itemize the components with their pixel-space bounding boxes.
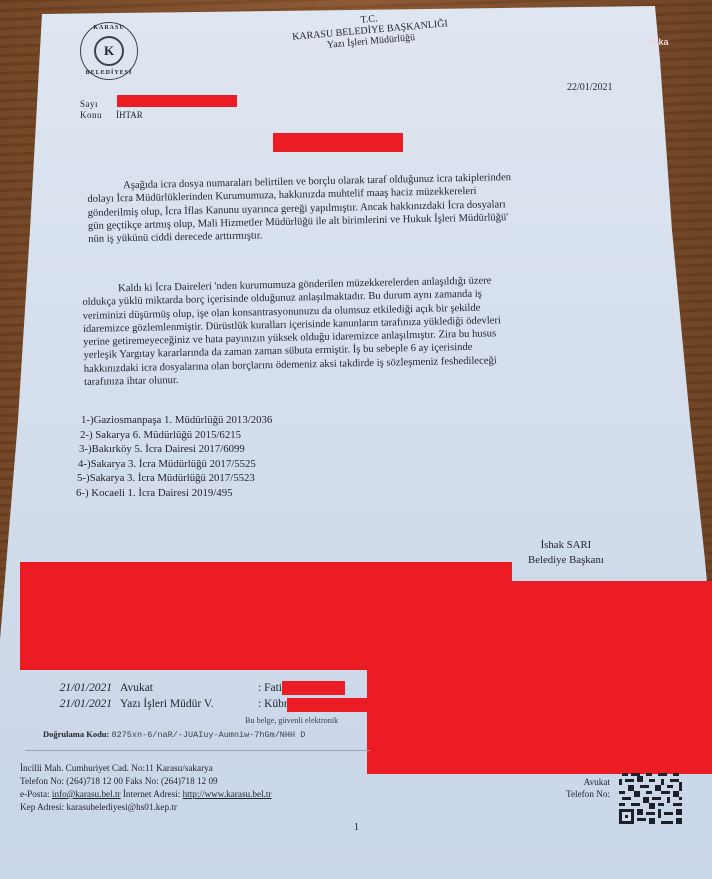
approval-row: 21/01/2021Yazı İşleri Müdür V.: Kübra [30,696,293,712]
konu-label: Konu [80,110,116,121]
esign-note: Bu belge, güvenli elektronik [245,716,338,725]
page-number: 1 [354,822,359,833]
logo-bottom-text: BELEDİYESİ [81,70,137,76]
signatory-name: İshak SARI [528,538,604,553]
document-date: 22/01/2021 [567,82,613,93]
list-item: 6-) Kocaeli 1. İcra Dairesi 2019/495 [76,486,272,501]
list-item: 5-)Sakarya 3. İcra Müdürlüğü 2017/5523 [76,471,272,486]
redaction-block-right [512,581,712,670]
footer-divider [25,750,370,751]
sayi-label: Sayı [80,99,116,110]
municipality-logo: KARASU K BELEDİYESİ [80,22,138,80]
list-item: 3-)Bakırköy 5. İcra Dairesi 2017/6099 [76,442,272,457]
list-item: 4-)Sakarya 3. İcra Müdürlüğü 2017/5525 [76,457,272,472]
verification-code: Doğrulama Kodu: 8275xn-6/naR/-JUAIuy-Aum… [43,729,305,740]
approval-row: 21/01/2021Avukat: Fatih [30,680,293,696]
footer-phone: Telefon No: (264)718 12 00 Faks No: (264… [20,775,272,788]
redaction-block-left [20,562,512,670]
list-item: 2-) Sakarya 6. Müdürlüğü 2015/6215 [76,428,272,443]
footer-contact: İncilli Mah. Cumhuriyet Cad. No:11 Karas… [20,762,272,814]
footer-address: İncilli Mah. Cumhuriyet Cad. No:11 Karas… [20,762,272,775]
approval-list: 21/01/2021Avukat: Fatih 21/01/2021Yazı İ… [30,680,293,712]
email-link[interactable]: info@karasu.bel.tr [52,789,121,799]
watermark: anka [648,37,669,47]
verification-label: Doğrulama Kodu: [43,729,109,739]
redaction-recipient [273,133,403,152]
signatory-title: Belediye Başkanı [528,553,604,568]
logo-top-text: KARASU [81,25,137,31]
redaction-mudur-name [287,698,367,712]
footer-right: Avukat Telefon No: [545,776,610,800]
redaction-block-lower-right [367,668,712,774]
verification-value: 8275xn-6/naR/-JUAIuy-Aumniw-7hGm/NHH D [111,730,305,740]
signature-block: İshak SARI Belediye Başkanı [528,538,604,568]
logo-emblem-icon: K [94,36,124,66]
list-item: 1-)Gaziosmanpaşa 1. Müdürlüğü 2013/2036 [76,413,272,428]
redaction-sayi [117,95,237,107]
website-link[interactable]: http://www.karasu.bel.tr [183,789,272,799]
konu-value: İHTAR [116,110,143,120]
case-list: 1-)Gaziosmanpaşa 1. Müdürlüğü 2013/2036 … [76,413,272,501]
footer-kep: Kep Adresi: karasubelediyesi@hs01.kep.tr [20,801,272,814]
paragraph-1: Aşağıda icra dosya numaraları belirtilen… [87,169,620,247]
redaction-avukat-name [282,681,345,695]
paragraph-2: Kaldı ki İcra Daireleri 'nden kurumumuza… [82,272,622,390]
qr-code-icon [619,773,685,827]
